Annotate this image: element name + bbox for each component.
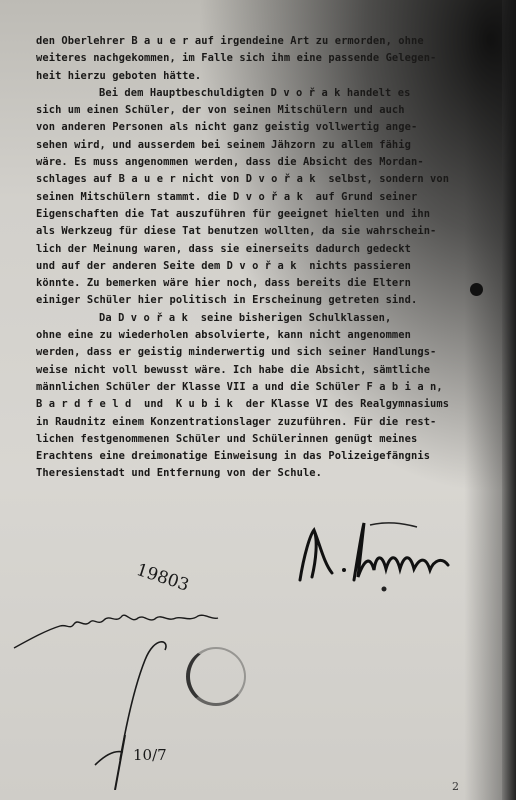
text-line: schlages auf B a u e r nicht von D v o ř…	[36, 171, 506, 188]
text-line: ohne eine zu wiederholen absolvierte, ka…	[36, 327, 506, 344]
text-line: Theresienstadt und Entfernung von der Sc…	[36, 465, 506, 482]
text-line: werden, dass er geistig minderwertig und…	[36, 344, 506, 361]
text-line: Bei dem Hauptbeschuldigten D v o ř a k h…	[36, 85, 506, 102]
text-line: als Werkzeug für diese Tat benutzen woll…	[36, 223, 506, 240]
signature-icon	[292, 515, 482, 595]
typewritten-body: den Oberlehrer B a u e r auf irgendeine …	[36, 33, 506, 483]
text-line: in Raudnitz einem Konzentrationslager zu…	[36, 414, 506, 431]
document-page: den Oberlehrer B a u e r auf irgendeine …	[0, 0, 516, 800]
text-line: heit hierzu geboten hätte.	[36, 68, 506, 85]
text-line: sehen wird, und ausserdem bei seinem Jäh…	[36, 137, 506, 154]
text-line: B a r d f e l d und K u b i k der Klasse…	[36, 396, 506, 413]
text-line: einiger Schüler hier politisch in Ersche…	[36, 292, 506, 309]
text-line: wäre. Es muss angenommen werden, dass di…	[36, 154, 506, 171]
text-line: sich um einen Schüler, der von seinen Mi…	[36, 102, 506, 119]
text-line: seinen Mitschülern stammt. die D v o ř a…	[36, 189, 506, 206]
initials-and-date: 10/7	[75, 640, 185, 790]
registration-number-stamp: 19803	[134, 560, 192, 596]
text-line: von anderen Personen als nicht ganz geis…	[36, 119, 506, 136]
text-line: könnte. Zu bemerken wäre hier noch, dass…	[36, 275, 506, 292]
svg-text:10/7: 10/7	[133, 746, 167, 764]
ink-blot	[470, 283, 483, 296]
text-line: lich der Meinung waren, dass sie einerse…	[36, 241, 506, 258]
text-line: den Oberlehrer B a u e r auf irgendeine …	[36, 33, 506, 50]
text-line: weiteres nachgekommen, im Falle sich ihm…	[36, 50, 506, 67]
text-line: männlichen Schüler der Klasse VII a und …	[36, 379, 506, 396]
text-line: lichen festgenommenen Schüler und Schüle…	[36, 431, 506, 448]
page-number: 2	[452, 780, 459, 793]
text-line: Eigenschaften die Tat auszuführen für ge…	[36, 206, 506, 223]
text-line: weise nicht voll bewusst wäre. Ich habe …	[36, 362, 506, 379]
text-line: Erachtens eine dreimonatige Einweisung i…	[36, 448, 506, 465]
text-line: Da D v o ř a k seine bisherigen Schulkla…	[36, 310, 506, 327]
text-line: und auf der anderen Seite dem D v o ř a …	[36, 258, 506, 275]
round-seal-stamp	[186, 647, 246, 706]
